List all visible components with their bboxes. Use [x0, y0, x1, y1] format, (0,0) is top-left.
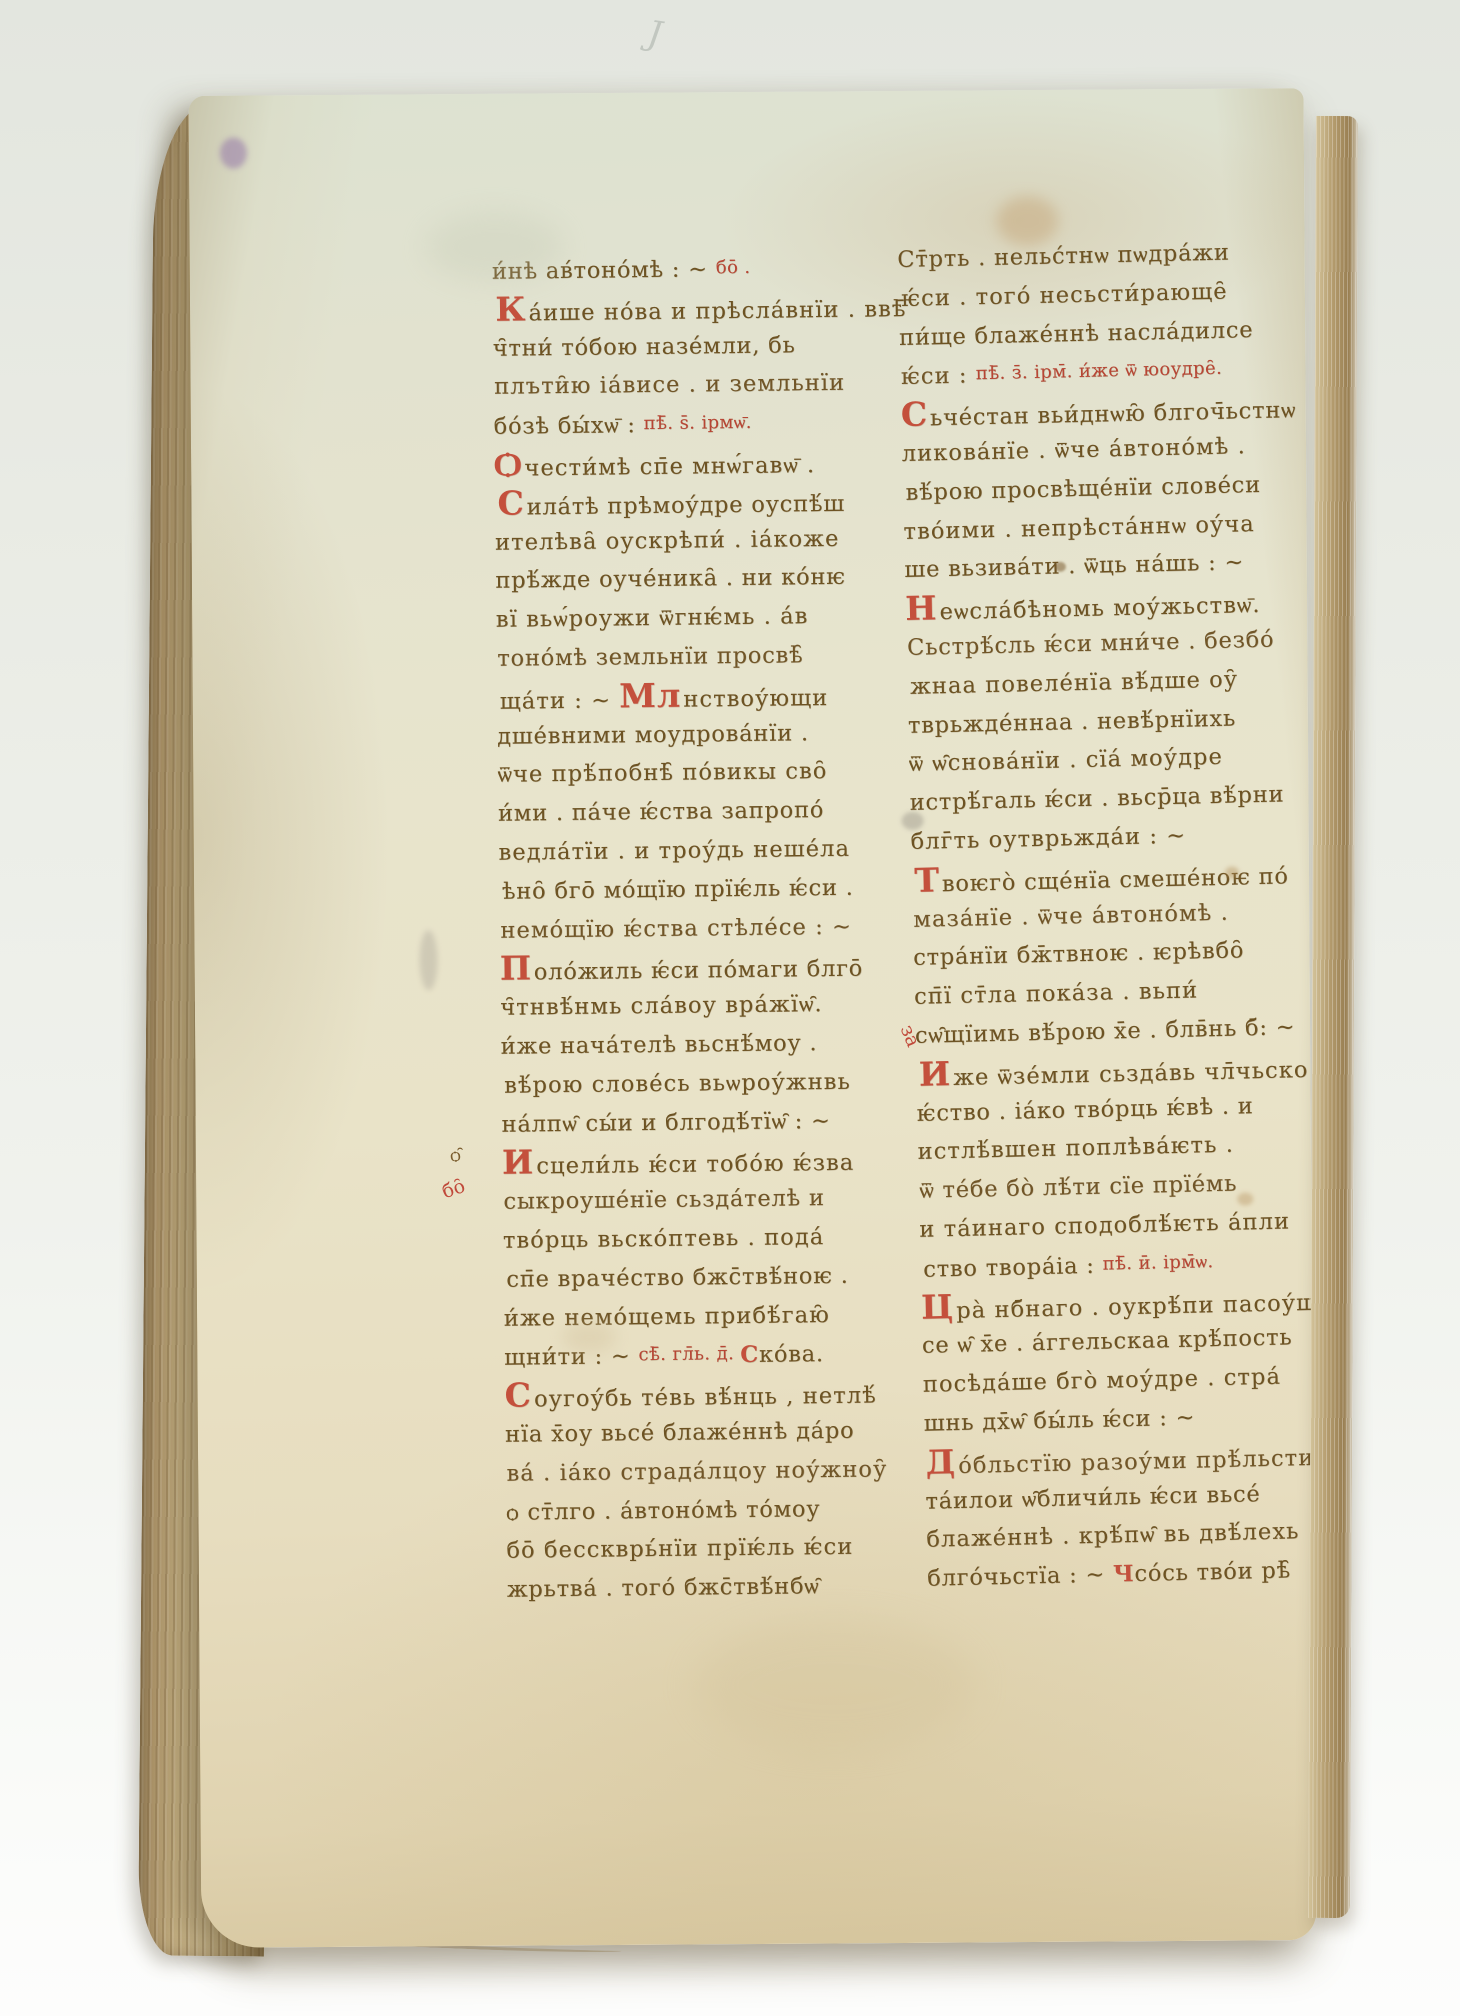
ink-text: ѣно̑ бго̄ мо́щїю прїѥ́ль ѥ́си . [502, 874, 854, 904]
ink-text: ство твора́іа : [923, 1252, 1103, 1282]
red-initial: Ц [921, 1287, 955, 1327]
marginal-note-ink: ѻ̑ [449, 1144, 462, 1168]
manuscript-line: ва́ . іа́ко страда́лцоу ноу́жноу̑ [505, 1450, 920, 1493]
red-initial: И [918, 1054, 951, 1094]
manuscript-line: бо̄ бесскврь́нїи прїѥ́ль ѥ́си [506, 1527, 921, 1570]
red-initial: Н [905, 588, 938, 628]
ink-text: ила́тѣ прѣмоу́дре оуспѣ́ш [527, 491, 846, 521]
manuscript-line: Соугоу́бь те́вь вѣ́нць , нетлѣ́ [504, 1372, 919, 1415]
ink-text: жрьтва́ . того́ бжс̄твѣ́нбѡ̑ [507, 1573, 820, 1603]
ink-text: и та́инаго сподоблѣ́ѥть а́пли [919, 1208, 1290, 1242]
ink-text: прѣ́жде оуче́ника̑ . ни ко́нѥ [495, 564, 846, 594]
ink-text: плъти̑ю іа́висе . и земльнїи [494, 370, 845, 400]
ink-text: о́бльстїю разоу́ми прѣ́льсти [958, 1445, 1315, 1479]
ink-text: ва́ . іа́ко страда́лцоу ноу́жноу̑ [506, 1456, 887, 1486]
ink-text: ч̑тнвѣ́нмь сла́воу вра́жїѡ̑. [500, 991, 823, 1021]
manuscript-line: блго́чьстїа : ~ Чсо́сь тво́и рѣ̑ [927, 1550, 1354, 1598]
ink-text: и́же нача́телѣ вьснѣ́моу . [501, 1030, 818, 1060]
right-fore-edge [1308, 116, 1358, 1918]
manuscript-line: дше́вними моудрова́нїи . [497, 713, 912, 756]
red-rubric: пѣ̄. з̄. ірм̄. и́же ѿ юоудре̑. [976, 358, 1223, 385]
ink-text: жнаа повеле́нїа вѣ́дше оу̑ [910, 666, 1239, 699]
manuscript-line: и́же нача́телѣ вьснѣ́моу . [500, 1023, 915, 1066]
ink-text: Ст̄рть . нельс́тнѡ пѡдра́жи [897, 240, 1230, 274]
ink-text: ѿче прѣ́побнѣ̑ по́викы сво̑ [497, 758, 827, 788]
manuscript-line: ч̑тнвѣ́нмь сла́воу вра́жїѡ̑. [500, 984, 915, 1027]
ink-text: ща́ти : ~ [500, 687, 620, 714]
manuscript-line: ща́ти : ~ Млнствоу́ющи [497, 674, 912, 717]
ink-text: блаже́ннѣ . крѣ́пѡ̑ вь двѣ́лехь [926, 1519, 1300, 1553]
ink-text: С [740, 1342, 759, 1368]
ink-text: чести́мѣ сп̄е мнѡ́гавѡ̄ . [524, 452, 815, 481]
ink-text: тво́рць вьско́птевь . пода́ [503, 1224, 825, 1254]
manuscript-line: немо́щїю ѥ́ства стѣле́се : ~ [499, 907, 914, 950]
ink-text: шнь дх̄ѡ̑ бы́ль ѥ́си : ~ [923, 1405, 1195, 1437]
manuscript-line: бо́зѣ бы́хѡ̄ : пѣ̄. ѕ̄. ірмѡ̄. [493, 402, 908, 445]
ink-text: блг̄ть оутврьжда́и : ~ [910, 823, 1186, 855]
manuscript-line: ителѣва̑ оускрѣпи́ . іа́коже [495, 519, 910, 562]
ink-text: се ѡ̑ х̄е . а́ггельскаа крѣ́пость [922, 1325, 1293, 1359]
ink-text: посѣда́ше бго̀ моу́дре . стра́ [923, 1364, 1282, 1398]
ink-text: ителѣва̑ оускрѣпи́ . іа́коже [495, 525, 840, 555]
ink-text: и́ми . па́че ѥ́ства запропо́ [498, 797, 824, 827]
manuscript-line: сыкроуше́нїе сьзда́телѣ и [502, 1178, 917, 1221]
manuscript-line: тоно́мѣ земльнїи просвѣ̑ [496, 635, 911, 678]
ink-text: нствоу́ющи [683, 685, 828, 713]
ink-text: стра́нїи бж̄твноѥ . ѥрѣвбо̑ [913, 938, 1245, 972]
ink-text: тврьжде́ннаа . невѣ́рнїихь [908, 705, 1237, 738]
ink-text: бо̄ бесскврь́нїи прїѥ́ль ѥ́си [506, 1534, 853, 1564]
water-stain [694, 1618, 975, 1750]
ink-text: ѥ́си . того́ несьсти́рающе̑ [901, 278, 1228, 311]
ink-spot [1055, 562, 1066, 572]
ink-text: же ѿзе́мли сьзда́вь чл̄чьско [953, 1057, 1309, 1091]
marginal-note-red: бо̑ [439, 1175, 468, 1203]
ink-text: ведла́тїи . и троу́дь неше́ла [498, 836, 850, 866]
red-initial: С [497, 483, 525, 522]
ink-text: сп̄ї ст̄ла пока́за . вьпи́ [914, 978, 1199, 1010]
ink-text: ѿ ѡ̑снова́нїи . сїа́ моу́дре [908, 744, 1223, 777]
manuscript-line: плъти̑ю іа́висе . и земльнїи [493, 363, 908, 406]
red-rubric: сѣ̄. гл̄ь. д̄. [638, 1343, 740, 1365]
manuscript-line: и́ми . па́че ѥ́ства запропо́ [498, 790, 913, 833]
manuscript-line: ѣно̑ бго̄ мо́щїю прїѥ́ль ѥ́си . [499, 868, 914, 911]
pencil-mark: J [645, 13, 664, 55]
smudge [902, 812, 924, 830]
red-initial: С [900, 395, 928, 435]
red-initial: П [500, 949, 532, 988]
ink-text: ѻ ст̄лго . а́втоно́мѣ то́моу [506, 1496, 821, 1526]
ink-text: вѣ́рою слове́сь вьѡроу́жнвь [504, 1069, 851, 1099]
ink-text: и́же немо́щемь прибѣ́гаю̑ [504, 1302, 830, 1332]
red-initial: Т [914, 860, 940, 900]
ink-text: та́илои ѡ̑бличи́ль ѥ́си вьсе́ [925, 1481, 1261, 1515]
ink-text: дше́вними моудрова́нїи . [497, 720, 809, 750]
red-initial: Мл [619, 675, 681, 715]
manuscript-line: вѣ́рою слове́сь вьѡроу́жнвь [501, 1062, 916, 1105]
ink-text: ч̑тни́ то́бою назе́мли, бь [493, 332, 796, 361]
photo-background: J и́нѣ ав́тоно́мѣ : ~ бо̄ .Ка́ише но́ва … [0, 0, 1460, 2016]
manuscript-line: сп̄е враче́ство бжс̄твѣ́ноѥ . [503, 1256, 918, 1299]
manuscript-line: жрьтва́ . того́ бжс̄твѣ́нбѡ̑ [507, 1566, 922, 1609]
ink-text: тоно́мѣ земльнїи просвѣ̑ [497, 642, 803, 671]
manuscript-line: Сила́тѣ прѣмоу́дре оуспѣ́ш [494, 480, 909, 523]
ink-text: со́сь тво́и рѣ̑ [1134, 1558, 1291, 1588]
manuscript-line: ведла́тїи . и троу́дь неше́ла [498, 829, 913, 872]
manuscript-line: ѿче прѣ́побнѣ̑ по́викы сво̑ [497, 751, 912, 794]
ink-text: еѡсла́бѣномь моу́жьствѡ̄. [939, 592, 1261, 625]
manuscript-line: Исцели́ль ѥ́си тобо́ю ѥ́зва [502, 1139, 917, 1182]
ink-text: ше вьзива́ти . ѿць на́шь : ~ [904, 550, 1244, 584]
ink-text: сѡ̑щїимь вѣ́рою х̄е . блв̄нь б̄: ~ [915, 1014, 1296, 1049]
ink-text: сыкроуше́нїе сьзда́телѣ и [503, 1185, 824, 1215]
ink-text: ликова́нїе . ѿче а́втоно́мѣ . [901, 433, 1246, 467]
ink-text: немо́щїю ѥ́ства стѣле́се : ~ [500, 913, 852, 943]
ink-text: истлѣ́вшен поплѣва́ѥть . [917, 1132, 1234, 1165]
ink-text: ѥ́си : [901, 363, 976, 391]
purple-ink-stain [220, 138, 247, 169]
red-rubric: бо̄ . [716, 257, 751, 278]
manuscript-line: Ѻчести́мѣ сп̄е мнѡ́гавѡ̄ . [494, 441, 909, 484]
manuscript-line: Ка́ише но́ва и прѣсла́внїи . ввѣ̄ [492, 286, 907, 329]
manuscript-line: прѣ́жде оуче́ника̑ . ни ко́нѥ [495, 557, 910, 600]
red-rubric: пѣ̄. ѕ̄. ірмѡ̄. [643, 412, 751, 434]
ink-text: сцели́ль ѥ́си тобо́ю ѥ́зва [536, 1150, 854, 1180]
ink-text: Сьстрѣ́сль ѥ́си мни́че . безбо́ [907, 627, 1275, 661]
manuscript-line: вї вьѡ́роужи ѿгнѥ́мь . а́в [496, 596, 911, 639]
right-text-column: Ст̄рть . нельс́тнѡ пѡдра́жиѥ́си . того́ … [897, 231, 1354, 1598]
manuscript-page: и́нѣ ав́тоно́мѣ : ~ бо̄ .Ка́ише но́ва и … [189, 88, 1317, 1948]
red-initial: Д [925, 1442, 956, 1482]
manuscript-line: на́лпѡ̑ сы́и и блгодѣ́тїѡ̑ : ~ [501, 1101, 916, 1144]
manuscript-line: тво́рць вьско́птевь . пода́ [503, 1217, 918, 1260]
ink-text: на́лпѡ̑ сы́и и блгодѣ́тїѡ̑ : ~ [501, 1108, 830, 1138]
ink-text: блго́чьстїа : ~ [927, 1562, 1113, 1592]
ink-text: бо́зѣ бы́хѡ̄ : [494, 412, 644, 440]
red-rubric: пѣ̄. ӣ. ірм̄ѡ. [1102, 1251, 1213, 1275]
ink-text: оугоу́бь те́вь вѣ́нць , нетлѣ́ [534, 1383, 877, 1413]
ink-text: тво́ими . непрѣста́ннѡ оу́ча [903, 511, 1255, 545]
smudge [419, 930, 437, 990]
red-initial: Ѻ [494, 444, 523, 483]
ink-text: ѿ те́бе бо̀ лѣ́ти сїе прїе́мь [919, 1171, 1237, 1204]
red-initial: К [495, 289, 527, 328]
manuscript-line: ч̑тни́ то́бою назе́мли, бь [493, 325, 908, 368]
ink-text: Ч [1113, 1561, 1135, 1587]
red-initial: И [502, 1143, 535, 1182]
manuscript-line: Поло́жиль ѥ́си по́маги блго̄ [500, 945, 915, 988]
ink-text: вї вьѡ́роужи ѿгнѥ́мь . а́в [496, 603, 809, 633]
manuscript-line: нїа х̄оу вьсе́ блаже́ннѣ да́ро [505, 1411, 920, 1454]
manuscript-line: ѻ ст̄лго . а́втоно́мѣ то́моу [506, 1489, 921, 1532]
ink-text: нїа х̄оу вьсе́ блаже́ннѣ да́ро [505, 1418, 855, 1448]
left-text-column: и́нѣ ав́тоно́мѣ : ~ бо̄ .Ка́ише но́ва и … [492, 247, 922, 1610]
ink-text: а́ише но́ва и прѣсла́внїи . ввѣ̄ [528, 296, 906, 326]
foxing-spot [1237, 1193, 1253, 1206]
foxing-spot [996, 196, 1058, 246]
ink-text: маза́нїе . ѿче а́втоно́мѣ . [913, 899, 1229, 932]
foxing-spot [1225, 867, 1239, 879]
ink-text: истрѣ́галь ѥ́си . вьср̄ца вѣ́рни [909, 782, 1284, 816]
ink-text: ко́ва. [759, 1341, 824, 1368]
ink-text: ѥ́ство . іа́ко тво́рць ѥ́вѣ . и [916, 1093, 1253, 1127]
ink-text: сп̄е враче́ство бжс̄твѣ́ноѥ . [506, 1263, 849, 1293]
ink-text: оло́жиль ѥ́си по́маги блго̄ [534, 956, 864, 986]
red-initial: С [504, 1376, 532, 1415]
ink-text: вѣ́рою просвѣще́нїи слове́си [905, 472, 1261, 506]
ink-text: пи́ще блаже́ннѣ насла́дилсе [899, 317, 1254, 351]
